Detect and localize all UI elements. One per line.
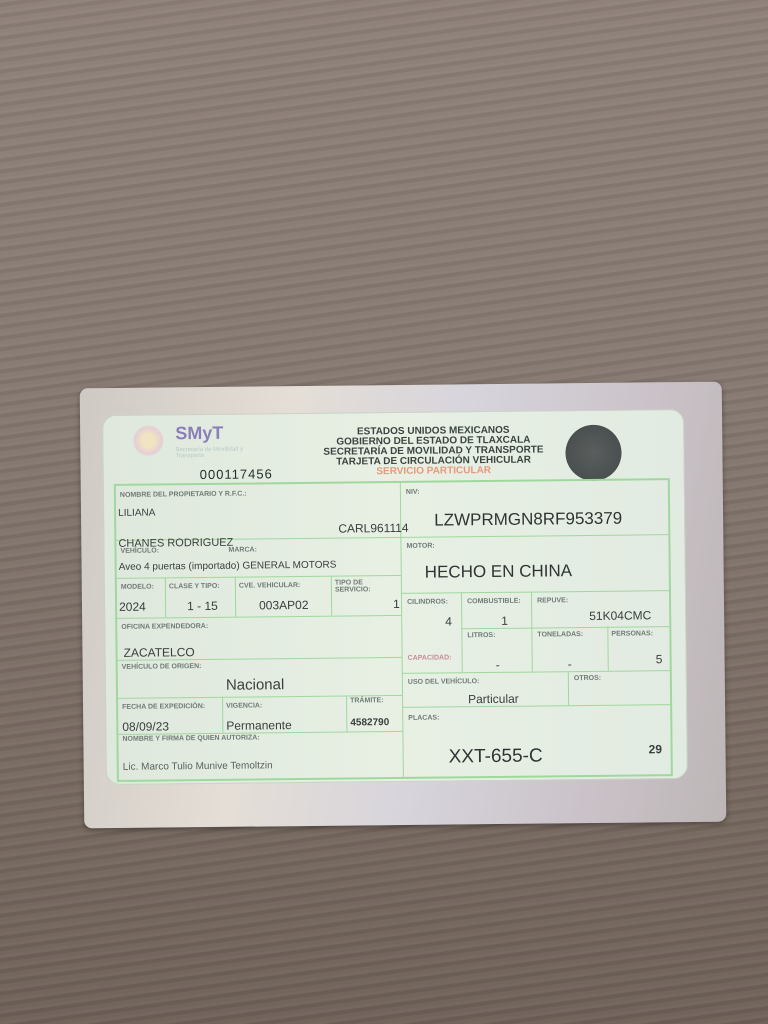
procedure-label: TRÁMITE:	[350, 697, 384, 704]
motor-label: MOTOR:	[406, 543, 434, 550]
card-header: ESTADOS UNIDOS MEXICANOS GOBIERNO DEL ES…	[283, 425, 584, 478]
vehicle-key-value: 003AP02	[259, 598, 309, 613]
service-type: SERVICIO PARTICULAR	[284, 465, 584, 478]
issue-date-label: FECHA DE EXPEDICIÓN:	[122, 703, 205, 711]
issue-date-value: 08/09/23	[122, 719, 169, 733]
model-label: MODELO:	[121, 584, 154, 591]
origin-label: VEHÍCULO DE ORIGEN:	[122, 663, 202, 671]
niv-label: NIV:	[406, 489, 420, 496]
vehicle-registration-card: SMyT Secretaría de Movilidad y Transport…	[102, 409, 688, 785]
model-value: 2024	[119, 600, 146, 614]
origin-value: Nacional	[226, 676, 285, 694]
procedure-value: 4582790	[350, 717, 389, 728]
owner-first-name: LILIANA	[118, 508, 155, 519]
cylinders-label: CILINDROS:	[407, 598, 448, 605]
owner-label: NOMBRE DEL PROPIETARIO Y R.F.C.:	[120, 491, 247, 499]
cylinders-value: 4	[445, 614, 452, 628]
capacity-label: CAPACIDAD:	[408, 654, 452, 661]
validity-label: VIGENCIA:	[226, 702, 262, 709]
fuel-label: COMBUSTIBLE:	[467, 598, 521, 606]
data-grid: NOMBRE DEL PROPIETARIO Y R.F.C.: LILIANA…	[114, 478, 673, 782]
liters-label: LITROS:	[467, 632, 495, 639]
brand-logo: SMyT	[175, 423, 223, 445]
plates-value: XXT-655-C	[449, 745, 543, 768]
repuve-value: 51K04CMC	[589, 608, 651, 623]
fuel-value: 1	[501, 614, 508, 628]
repuve-label: REPUVE:	[537, 597, 568, 604]
authorizer-label: NOMBRE Y FIRMA DE QUIEN AUTORIZA:	[122, 734, 259, 742]
validity-value: Permanente	[226, 718, 292, 733]
office-label: OFICINA EXPENDEDORA:	[121, 623, 208, 631]
state-emblem-icon	[133, 425, 163, 455]
tons-label: TONELADAS:	[537, 631, 583, 638]
card-code: 29	[649, 742, 663, 756]
class-type-label: CLASE Y TIPO:	[169, 583, 220, 591]
vehicle-key-label: CVE. VEHICULAR:	[239, 582, 301, 590]
vehicle-value: Aveo 4 puertas (importado) GENERAL MOTOR…	[119, 560, 337, 573]
others-label: OTROS:	[574, 675, 601, 682]
owner-rfc: CARL961114	[338, 521, 408, 536]
use-label: USO DEL VEHÍCULO:	[408, 678, 480, 686]
niv-value: LZWPRMGN8RF953379	[434, 509, 622, 531]
brand-label: MARCA:	[228, 546, 256, 553]
use-value: Particular	[468, 692, 519, 707]
brand-subtitle: Secretaría de Movilidad y Transporte	[175, 446, 255, 459]
folio-number: 000117456	[200, 466, 273, 482]
office-value: ZACATELCO	[123, 645, 194, 660]
persons-label: PERSONAS:	[611, 630, 653, 637]
service-label: TIPO DE SERVICIO:	[335, 579, 385, 594]
hologram-seal-icon	[565, 425, 622, 482]
vehicle-label: VEHÍCULO:	[120, 547, 159, 554]
class-type-value: 1 - 15	[187, 599, 218, 613]
authorizer-signature: Lic. Marco Tulio Munive Temoltzin	[123, 760, 273, 773]
service-value: 1	[393, 597, 400, 611]
motor-value: HECHO EN CHINA	[425, 561, 573, 583]
persons-value: 5	[656, 652, 663, 666]
tons-value: -	[568, 657, 572, 671]
plates-label: PLACAS:	[408, 715, 439, 722]
liters-value: -	[496, 658, 500, 672]
